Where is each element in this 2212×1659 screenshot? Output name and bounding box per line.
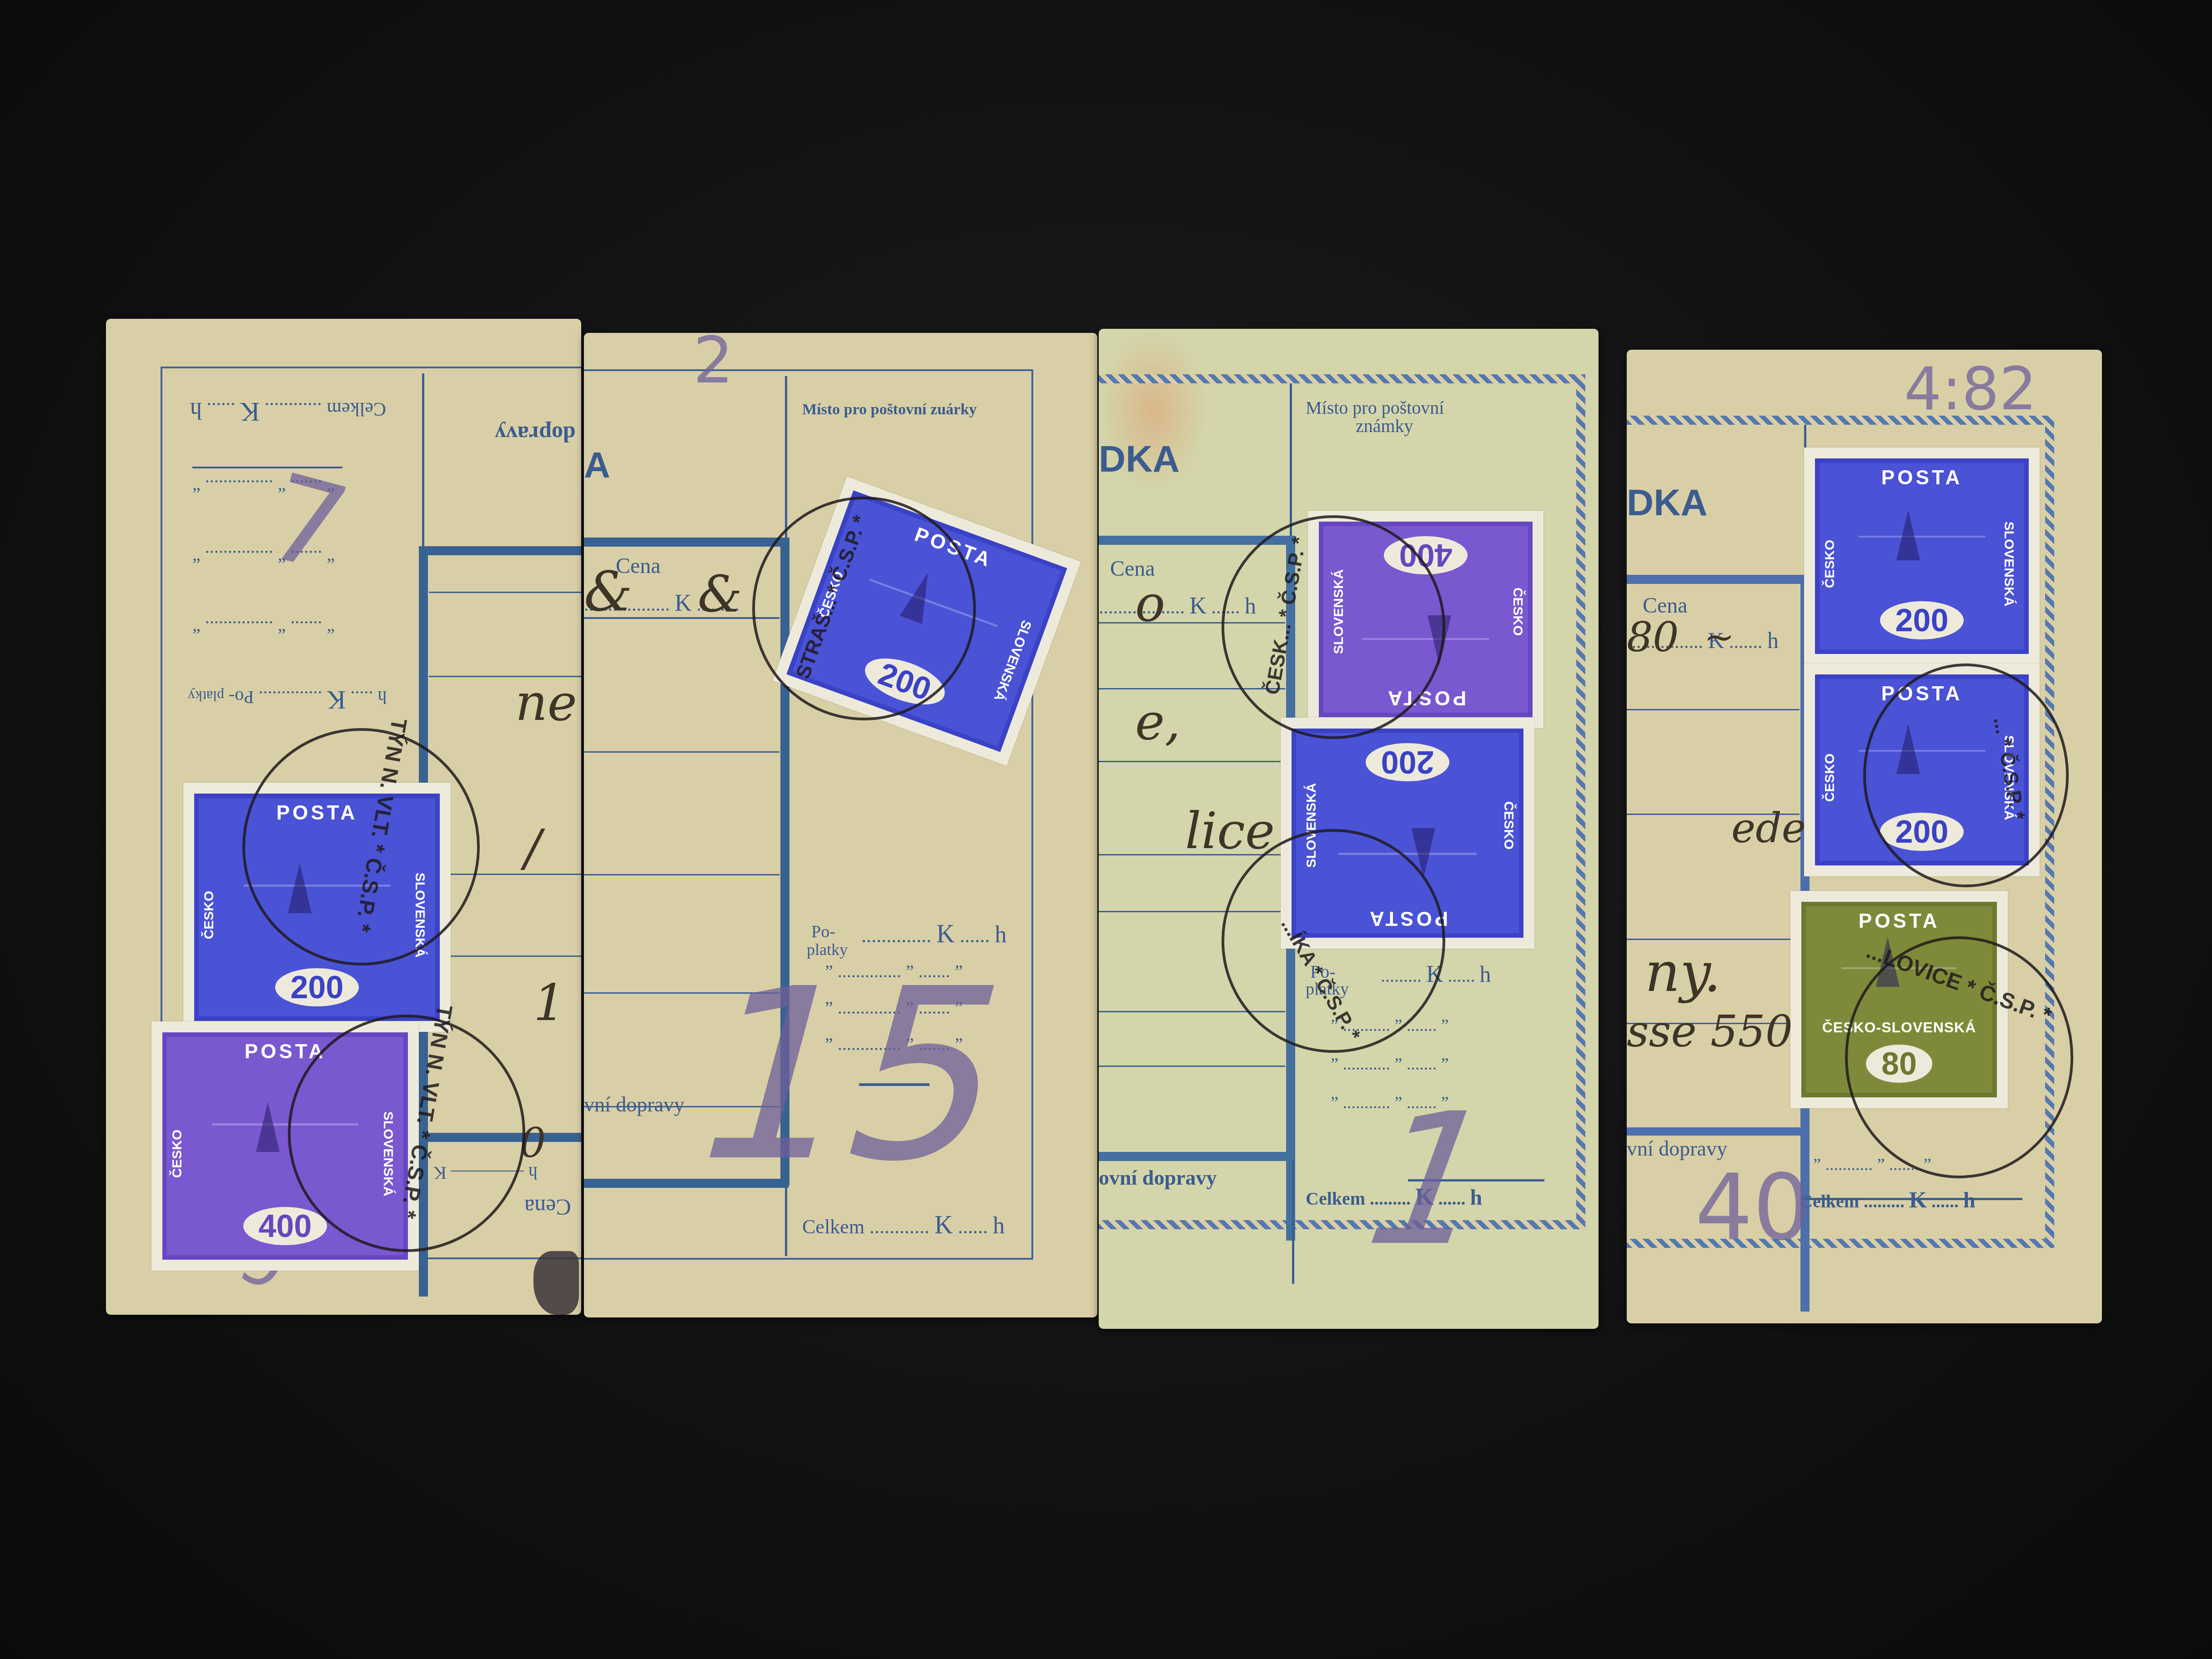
card-3-postmark: ...ÍKA * Č.S.P. *: [1222, 829, 1445, 1053]
stamp-top-text: POSTA: [1859, 910, 1940, 933]
stamp-left-text: ČESKO: [170, 1130, 185, 1178]
k-label: K: [675, 590, 692, 616]
quote-mark: ”: [1331, 1055, 1338, 1074]
parcel-card-2: A Místo pro poštovní zuárky Cena .......…: [584, 333, 1097, 1317]
card-3-postmark: ČESK... * Č.S.P. *: [1222, 515, 1445, 739]
celkem-label: Celkem: [1306, 1188, 1365, 1209]
k-label: K: [1190, 593, 1207, 619]
card-4-cena-value: 80: [1627, 613, 1679, 661]
postmark-text: TÝN N. VLT. * Č.S.P. *: [395, 1003, 457, 1221]
stamp-right-text: SLOVENSKÁ: [990, 618, 1034, 703]
card-2-title-fragment: A: [584, 444, 610, 486]
card-3-title-fragment: DKA: [1099, 438, 1180, 481]
card-4-celkem-row: Celkem ......... K ...... h: [1800, 1186, 1976, 1213]
k-label: K: [1909, 1187, 1927, 1212]
card-3-row-line: [1099, 761, 1285, 762]
card-2-thick-h: [584, 538, 789, 547]
celkem-label: Celkem: [327, 398, 386, 419]
stamp-left-text: ČESKO: [1501, 801, 1516, 850]
h-label: h: [993, 1213, 1005, 1239]
h-label: h: [1480, 961, 1491, 987]
h-label: h: [1767, 628, 1779, 653]
postmark-text: STRAŠ... * Č.S.P. *: [792, 513, 872, 682]
card-4-pencil-mark: 40: [1695, 1155, 1811, 1261]
card-2-handwriting: &: [584, 560, 633, 623]
card-4-postmark: ... * Č.S.P. *: [1863, 664, 2069, 887]
card-3-divider-lower: [1292, 1161, 1294, 1284]
card-4-title-fragment: DKA: [1627, 482, 1708, 524]
stamp-value: 200: [275, 968, 359, 1006]
card-1-poplatky-row: h ..... K .............. Po- platky: [188, 685, 387, 715]
card-3-row-line: [1099, 1066, 1285, 1067]
card-4-row-line: [1627, 709, 1800, 710]
card-1-celkem-row: Celkem ............ K ...... h: [190, 396, 386, 427]
card-2-celkem-row: Celkem ............ K ...... h: [802, 1211, 1005, 1240]
card-3-misto-line2: známky: [1356, 415, 1413, 437]
card-4-handwritten-number: 4:82: [1904, 354, 2037, 423]
quote-mark: ”: [1813, 1155, 1821, 1174]
stamp-value: 400: [243, 1207, 327, 1245]
card-2-postmark: STRAŠ... * Č.S.P. *: [752, 497, 976, 720]
quote-mark: ”: [1331, 1093, 1338, 1112]
stamp-left-text: ČESKO: [201, 891, 217, 940]
postmark-text: ... * Č.S.P. *: [1989, 715, 2029, 822]
stamp-value: 200: [1880, 601, 1964, 639]
card-1-handwriting: ne: [515, 674, 577, 732]
card-4-handwriting: sse 550.: [1627, 1007, 1806, 1057]
postmark-text: ČESK... * Č.S.P. *: [1261, 535, 1311, 697]
card-4-thick-h2: [1627, 1127, 1809, 1136]
card-3-dopravy-label: ovní dopravy: [1099, 1166, 1217, 1190]
parcel-card-1: Celkem ............ K ...... h “ .......…: [106, 319, 581, 1315]
card-1-row-line: [429, 955, 581, 957]
stamp-left-text: ČESKO: [1822, 754, 1838, 802]
card-2-row-line: [584, 751, 779, 753]
stamp-left-text: ČESKO: [1510, 588, 1525, 636]
card-1-handwriting: /: [524, 819, 541, 877]
k-label: K: [935, 1211, 953, 1239]
h-label: h: [190, 397, 202, 423]
card-3-quote-row: ” ........... ” ....... ”: [1331, 1054, 1449, 1074]
card-1-dopravy-label: dopravy: [495, 421, 576, 447]
card-2-row-line: [584, 874, 779, 875]
poplatky-label: Po-: [229, 687, 254, 708]
card-2-dopravy-label: vní dopravy: [584, 1092, 684, 1116]
quote-mark: ”: [1877, 1155, 1885, 1174]
card-4-stamp-200-upper: POSTA ČESKO SLOVENSKÁ 200: [1804, 447, 2040, 665]
stamp-right-text: SLOVENSKÁ: [2001, 522, 2017, 607]
card-2-misto-label: Místo pro poštovní zuárky: [802, 401, 977, 418]
castle-icon: [1859, 514, 1986, 585]
card-3-handwriting: lice: [1185, 802, 1275, 860]
h-label: h: [1963, 1188, 1976, 1212]
card-2-handwritten-number: 2: [693, 333, 734, 398]
card-4-row-line: [1627, 939, 1800, 940]
card-1-row-line: [429, 592, 581, 593]
card-4-cena-h-value: ~: [1704, 616, 1734, 658]
celkem-label: Celkem: [802, 1216, 865, 1238]
card-3-thick-h2: [1099, 1152, 1294, 1161]
postmark-text: ...ÍKA * Č.S.P. *: [1276, 914, 1365, 1045]
stamp-left-text: ČESKO: [1822, 540, 1838, 588]
card-1-postmark: TÝN N. VLT. * Č.S.P. *: [242, 728, 480, 965]
poplatky-label-2: platky: [188, 688, 224, 704]
parcel-card-3: DKA Místo pro poštovní známky Cena .....…: [1099, 329, 1599, 1329]
card-1-handwriting: 1: [533, 974, 565, 1032]
card-1-thick-horizontal: [420, 546, 581, 555]
card-4-postmark: ...LOVICE * Č.S.P. *: [1845, 936, 2073, 1178]
k-label: K: [240, 397, 260, 427]
stamp-top-text: POSTA: [1881, 467, 1962, 489]
card-4-handwriting: ny.: [1645, 941, 1721, 1004]
card-1-cena-label: Cena: [524, 1194, 571, 1221]
quote-mark: ”: [1441, 1055, 1449, 1074]
h-label: h: [377, 687, 387, 708]
postmark-text: TÝN N. VLT. * Č.S.P. *: [349, 717, 412, 934]
card-2-handwriting: &: [698, 565, 742, 623]
ink-blot: [533, 1251, 579, 1315]
quote-mark: ”: [1441, 1016, 1449, 1035]
card-3-handwriting: e,: [1135, 693, 1181, 751]
k-label: K: [327, 685, 346, 715]
card-4-thick-h: [1627, 575, 1809, 584]
card-1-postmark: TÝN N. VLT. * Č.S.P. *: [288, 1015, 525, 1252]
parcel-card-4: DKA Cena ................ K ....... h 80…: [1627, 350, 2102, 1323]
card-3-handwriting: o: [1135, 574, 1165, 633]
quote-mark: ”: [1394, 1055, 1402, 1074]
card-1-quote-row: “ ....... “ ............... “: [192, 617, 335, 638]
stamp-value: 200: [1366, 743, 1450, 781]
